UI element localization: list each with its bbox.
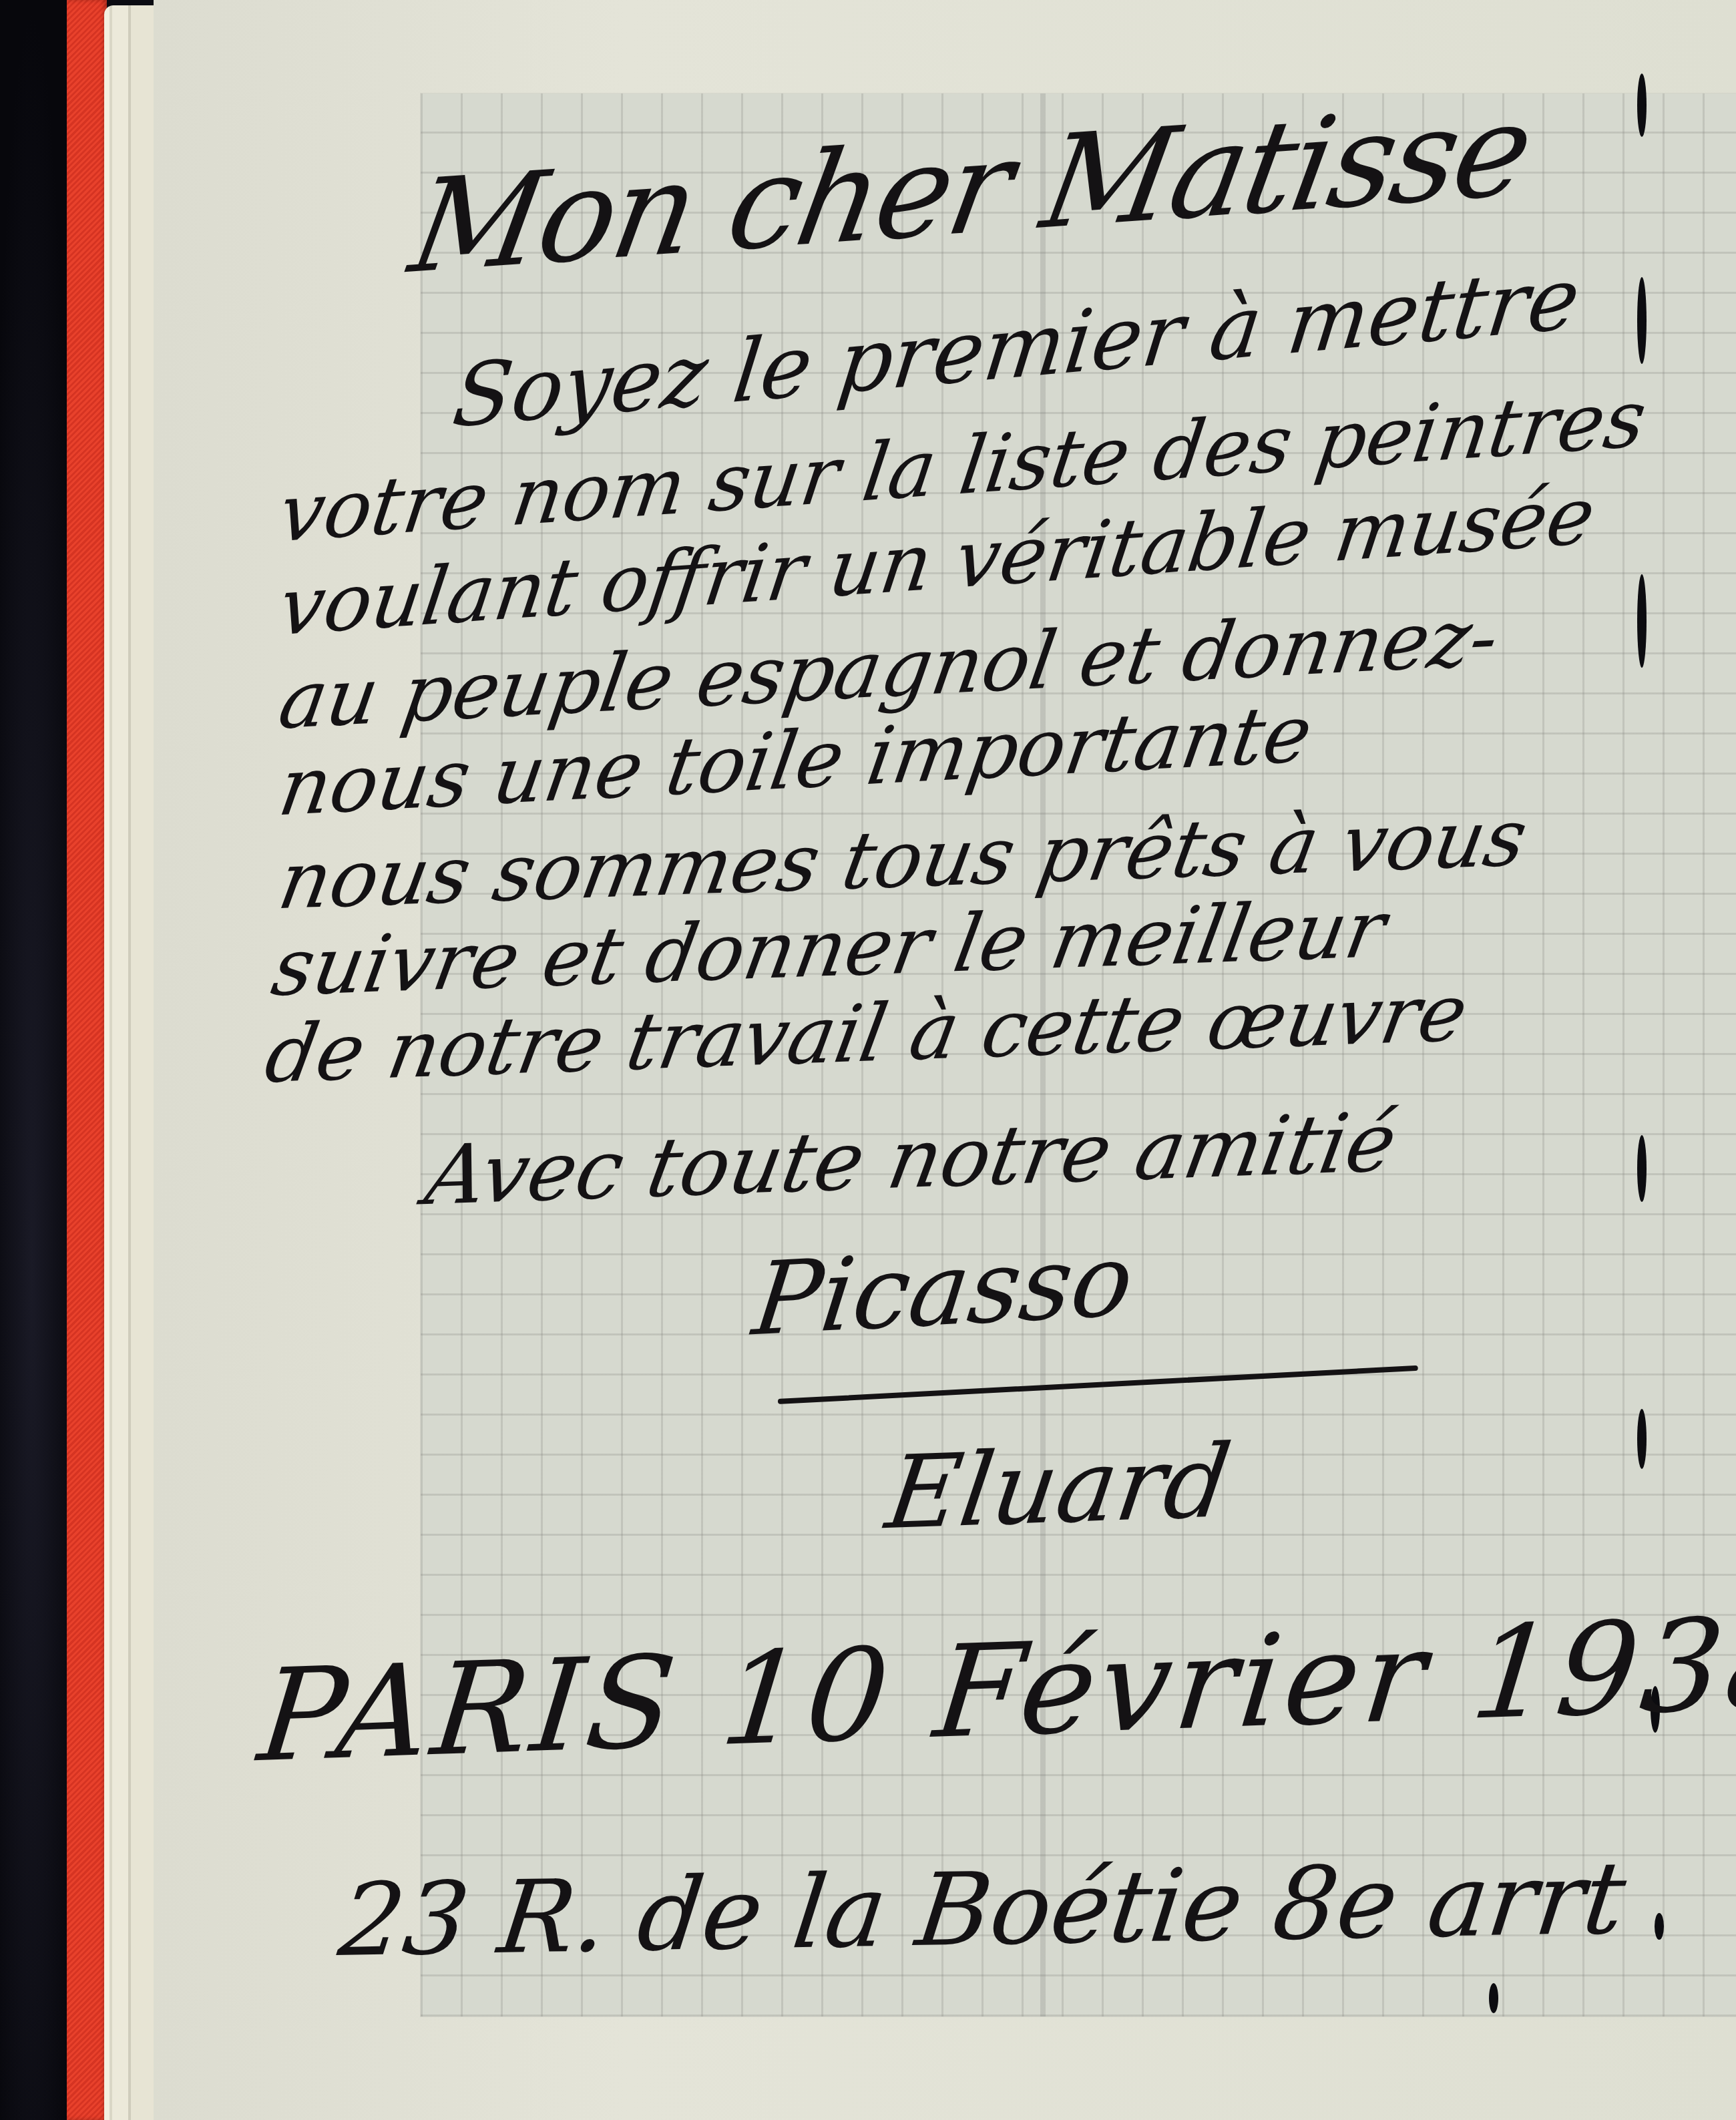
edge-ink-mark <box>1637 277 1647 364</box>
letter-address: 23 R. de la Boétie 8e arrt <box>333 1840 1632 1979</box>
page-edges-stack <box>104 5 158 2120</box>
edge-ink-mark <box>1655 1913 1664 1940</box>
signature-picasso: Picasso <box>747 1222 1139 1359</box>
red-book-cover-spine <box>67 0 107 2120</box>
edge-ink-mark <box>1637 1409 1647 1469</box>
edge-ink-mark <box>1637 73 1647 137</box>
edge-ink-mark <box>1489 1983 1498 2013</box>
edge-ink-mark <box>1637 574 1647 668</box>
edge-ink-mark <box>1637 1135 1647 1202</box>
signature-eluard: Eluard <box>880 1424 1238 1552</box>
